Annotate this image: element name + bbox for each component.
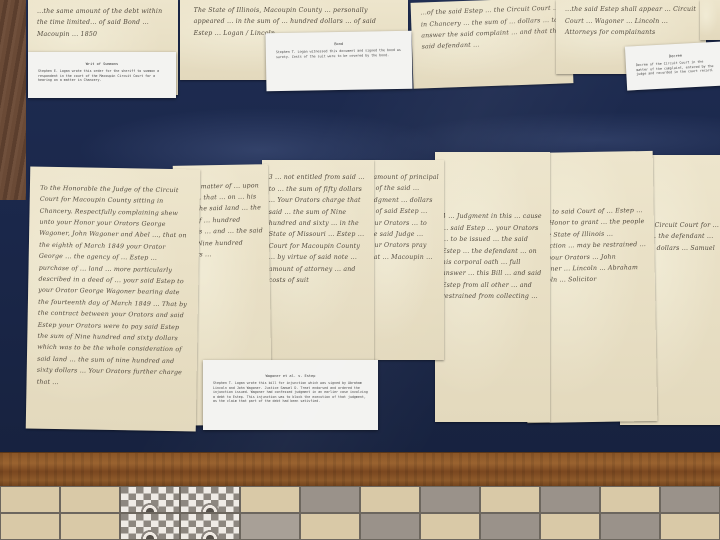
floor-tile xyxy=(300,513,360,540)
wooden-case-rail xyxy=(0,452,720,489)
document-bottom-3: 3 ... not entitled from said ... to ... … xyxy=(262,160,374,365)
placard-top-center: Bond Stephen T. Logan witnessed this doc… xyxy=(266,31,413,92)
document-top-3: ...of the said Estep ... the Circuit Cou… xyxy=(411,0,574,89)
floor-tile xyxy=(420,513,480,540)
floor-tile xyxy=(0,486,60,513)
document-bottom-5: 4 ... Judgment in this ... cause ... sai… xyxy=(435,152,550,422)
handwritten-text: ...of the said Estep ... the Circuit Cou… xyxy=(420,3,562,54)
handwritten-text: 3 ... not entitled from said ... to ... … xyxy=(269,172,368,286)
handwritten-text: To the Honorable the Judge of the Circui… xyxy=(37,182,190,390)
placard-top-right: Decree Decree of the Circuit Court in th… xyxy=(625,41,720,90)
floor-tile xyxy=(0,513,60,540)
floor-tile-ornamental xyxy=(120,513,180,540)
document-bottom-1: To the Honorable the Judge of the Circui… xyxy=(26,167,201,432)
floor-tile xyxy=(360,513,420,540)
handwritten-text: ...the same amount of the debt within th… xyxy=(37,6,169,40)
placard-bottom-center: Wagoner et al. v. Estep Stephen T. Logan… xyxy=(203,360,378,430)
floor-tile xyxy=(540,513,600,540)
handwritten-text: ...amount of principal ... of the said .… xyxy=(367,172,439,263)
floor-tile xyxy=(60,513,120,540)
handwritten-text: 4 ... Judgment in this ... cause ... sai… xyxy=(442,211,543,302)
floor-tile xyxy=(300,486,360,513)
floor-tile xyxy=(60,486,120,513)
floor-tile xyxy=(240,513,300,540)
floor-tile xyxy=(240,486,300,513)
display-case-scene: ...the same amount of the debt within th… xyxy=(0,0,720,540)
floor-tile xyxy=(600,486,660,513)
tiled-floor xyxy=(0,486,720,540)
placard-body: Stephen T. Logan witnessed this document… xyxy=(266,45,412,63)
placard-body: Stephen E. Logan wrote this order for th… xyxy=(28,66,176,86)
case-wood-frame-left xyxy=(0,0,26,200)
floor-tile xyxy=(360,486,420,513)
placard-top-left: Writ of Summons Stephen E. Logan wrote t… xyxy=(28,52,176,98)
document-bottom-4: ...amount of principal ... of the said .… xyxy=(362,160,444,360)
floor-tile xyxy=(480,486,540,513)
floor-tile xyxy=(660,486,720,513)
floor-tile xyxy=(480,513,540,540)
floor-tile-ornamental xyxy=(180,513,240,540)
floor-tile xyxy=(540,486,600,513)
floor-tile xyxy=(600,513,660,540)
floor-tile-ornamental xyxy=(120,486,180,513)
placard-body: Stephen T. Logan wrote this bill for inj… xyxy=(203,378,378,407)
handwritten-text: ...the said Estep shall appear ... Circu… xyxy=(565,4,697,38)
floor-tile-ornamental xyxy=(180,486,240,513)
document-top-edge xyxy=(700,0,720,40)
placard-body: Decree of the Circuit Court in the matte… xyxy=(626,55,720,80)
floor-tile xyxy=(420,486,480,513)
floor-tile xyxy=(660,513,720,540)
